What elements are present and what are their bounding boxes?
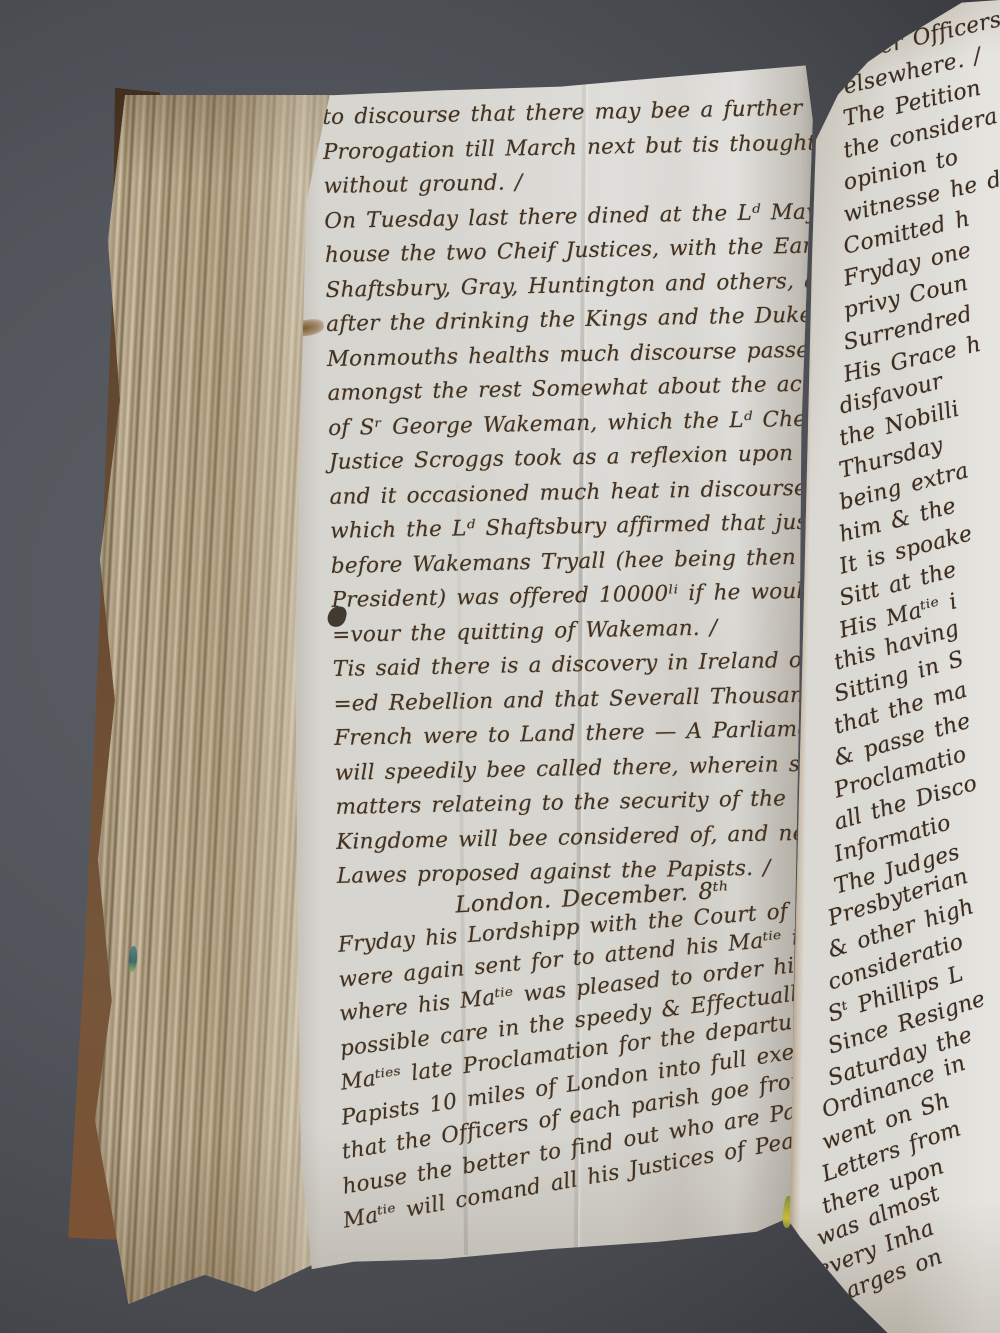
right-page: other Officerselsewhere. /The Petitionth… [788, 0, 1000, 1333]
left-page-text: to discourse that there may bee a furthe… [322, 92, 814, 1239]
left-page: to discourse that there may bee a furthe… [278, 58, 822, 1304]
right-page-text: other Officerselsewhere. /The Petitionth… [844, 40, 1000, 1320]
photo-open-manuscript-book: to discourse that there may bee a furthe… [0, 0, 1000, 1333]
